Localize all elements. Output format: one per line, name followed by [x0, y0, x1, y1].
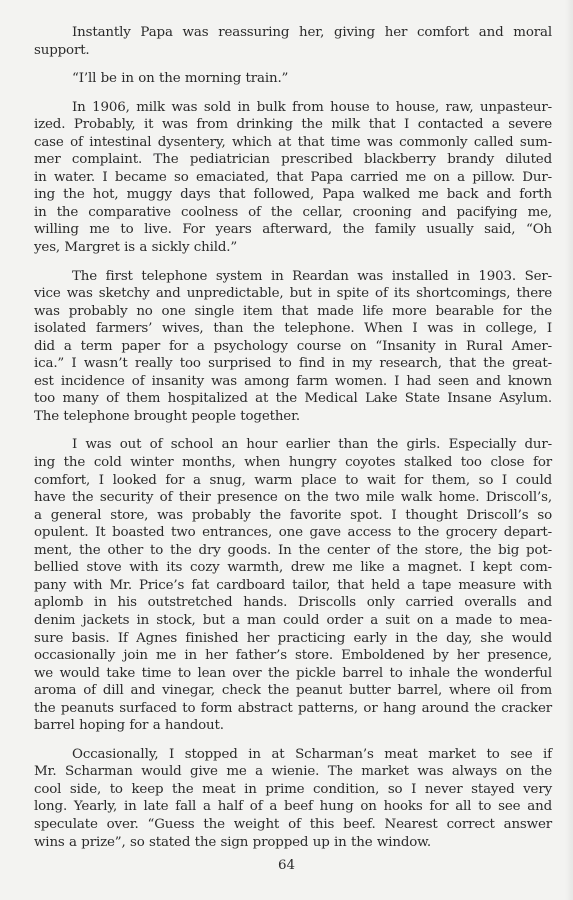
text-line: ized. Probably, it was from drinking the… — [34, 116, 552, 134]
text-line: speculate over. “Guess the weight of thi… — [34, 816, 552, 834]
page-edge-shadow — [565, 0, 573, 900]
text-line: The first telephone system in Reardan wa… — [34, 268, 552, 286]
text-line: in water. I became so emaciated, that Pa… — [34, 169, 552, 187]
page-number: 64 — [0, 858, 573, 873]
text-line: opulent. It boasted two entrances, one g… — [34, 524, 552, 542]
text-line: barrel hoping for a handout. — [34, 717, 552, 735]
text-line: bellied stove with its cozy warmth, drew… — [34, 559, 552, 577]
paragraph-milk-1906: In 1906, milk was sold in bulk from hous… — [34, 99, 552, 257]
paragraph-scharmans-market: Occasionally, I stopped in at Scharman’s… — [34, 746, 552, 851]
text-line: sure basis. If Agnes finished her practi… — [34, 630, 552, 648]
text-line: wins a prize”, so stated the sign proppe… — [34, 834, 552, 852]
text-line: isolated farmers’ wives, than the teleph… — [34, 320, 552, 338]
text-line: ing the cold winter months, when hungry … — [34, 454, 552, 472]
text-line: Instantly Papa was reassuring her, givin… — [34, 24, 552, 42]
text-line: willing me to live. For years afterward,… — [34, 221, 552, 239]
text-line: did a term paper for a psychology course… — [34, 338, 552, 356]
text-line: vice was sketchy and unpredictable, but … — [34, 285, 552, 303]
text-line: occasionally join me in her father’s sto… — [34, 647, 552, 665]
text-line: long. Yearly, in late fall a half of a b… — [34, 798, 552, 816]
text-line: denim jackets in stock, but a man could … — [34, 612, 552, 630]
text-line: case of intestinal dysentery, which at t… — [34, 134, 552, 152]
text-line: yes, Margret is a sickly child.” — [34, 239, 552, 257]
paragraph-papa-reassuring: Instantly Papa was reassuring her, givin… — [34, 24, 552, 59]
text-line: aroma of dill and vinegar, check the pea… — [34, 682, 552, 700]
text-line: ica.” I wasn’t really too surprised to f… — [34, 355, 552, 373]
text-line: aplomb in his outstretched hands. Drisco… — [34, 594, 552, 612]
text-line: the peanuts surfaced to form abstract pa… — [34, 700, 552, 718]
text-line: we would take time to lean over the pick… — [34, 665, 552, 683]
text-line: In 1906, milk was sold in bulk from hous… — [34, 99, 552, 117]
text-line: was probably no one single item that mad… — [34, 303, 552, 321]
text-line: have the security of their presence on t… — [34, 489, 552, 507]
paragraph-telephone-system: The first telephone system in Reardan wa… — [34, 268, 552, 426]
text-line: a general store, was probably the favori… — [34, 507, 552, 525]
text-line: Mr. Scharman would give me a wienie. The… — [34, 763, 552, 781]
paragraph-morning-train-quote: “I’ll be in on the morning train.” — [34, 70, 552, 88]
text-line: support. — [34, 42, 552, 60]
text-line: I was out of school an hour earlier than… — [34, 436, 552, 454]
text-line: The telephone brought people together. — [34, 408, 552, 426]
text-line: comfort, I looked for a snug, warm place… — [34, 472, 552, 490]
paragraph-driscolls-store: I was out of school an hour earlier than… — [34, 436, 552, 734]
book-page-body: Instantly Papa was reassuring her, givin… — [34, 24, 552, 862]
text-line: too many of them hospitalized at the Med… — [34, 390, 552, 408]
text-line: pany with Mr. Price’s fat cardboard tail… — [34, 577, 552, 595]
text-line: ing the hot, muggy days that followed, P… — [34, 186, 552, 204]
text-line: mer complaint. The pediatrician prescrib… — [34, 151, 552, 169]
text-line: in the comparative coolness of the cella… — [34, 204, 552, 222]
text-line: “I’ll be in on the morning train.” — [34, 70, 552, 88]
text-line: est incidence of insanity was among farm… — [34, 373, 552, 391]
text-line: cool side, to keep the meat in prime con… — [34, 781, 552, 799]
text-line: ment, the other to the dry goods. In the… — [34, 542, 552, 560]
text-line: Occasionally, I stopped in at Scharman’s… — [34, 746, 552, 764]
